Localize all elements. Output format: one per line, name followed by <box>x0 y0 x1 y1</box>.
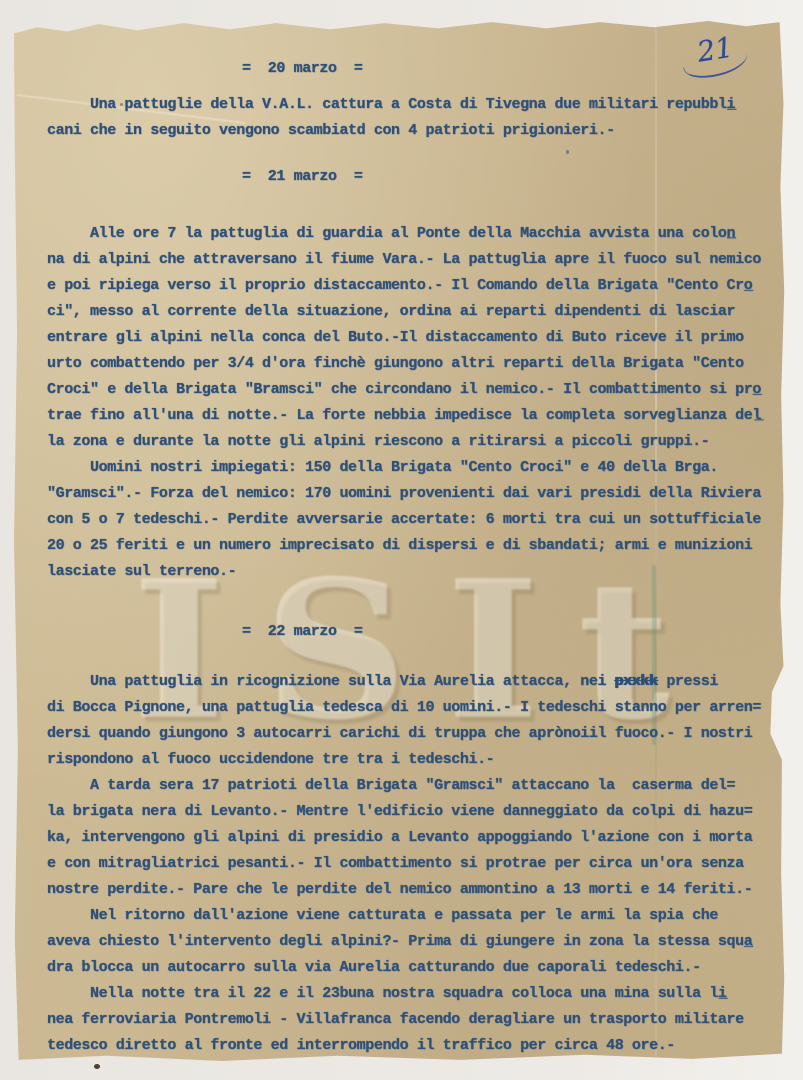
text-line: Nel ritorno dall'azione viene catturata … <box>47 903 755 929</box>
paper-speck <box>120 103 123 106</box>
paragraph-21-marzo: Alle ore 7 la pattuglia di guardia al Po… <box>47 221 755 585</box>
text-line: entrare gli alpini nella conca del Buto.… <box>47 325 755 351</box>
ink-speck <box>94 1064 100 1069</box>
scan-background: ISIt 21 = 20 marzo = Una pattuglie della… <box>0 0 803 1080</box>
text-line: A tarda sera 17 patrioti della Brigata "… <box>47 773 755 799</box>
paragraph-22-marzo: Una pattuglia in ricognizione sulla Via … <box>47 669 755 1059</box>
date-heading-20-marzo: = 20 marzo = <box>242 56 755 82</box>
text-line-with-strikeout: Una pattuglia in ricognizione sulla Via … <box>47 669 755 695</box>
text-line: con 5 o 7 tedeschi.- Perdite avversarie … <box>47 507 755 533</box>
ink-speck <box>566 150 569 154</box>
text-line: cani che in seguito vengono scambiatd co… <box>47 118 755 144</box>
text-line: aveva chiesto l'intervento degli alpini?… <box>47 929 755 955</box>
text-line: dersi quando giungono 3 autocarri carich… <box>47 721 755 747</box>
text-line: Una pattuglie della V.A.L. cattura a Cos… <box>47 92 755 118</box>
document-page: ISIt 21 = 20 marzo = Una pattuglie della… <box>14 20 785 1062</box>
text-line: di Bocca Pignone, una pattuglia tedesca … <box>47 695 755 721</box>
text-line: e poi ripiega verso il proprio distaccam… <box>47 273 755 299</box>
text-line: nostre perdite.- Pare che le perdite del… <box>47 877 755 903</box>
text-line: la zona e durante la notte gli alpini ri… <box>47 429 755 455</box>
text-line: dra blocca un autocarro sulla via Aureli… <box>47 955 755 981</box>
typewritten-text: = 20 marzo = Una pattuglie della V.A.L. … <box>14 56 785 1059</box>
text-line: lasciate sul terreno.- <box>47 559 755 585</box>
text-line: Croci" e della Brigata "Bramsci" che cir… <box>47 377 755 403</box>
text-line: urto combattendo per 3/4 d'ora finchè gi… <box>47 351 755 377</box>
text-line: Alle ore 7 la pattuglia di guardia al Po… <box>47 221 755 247</box>
date-heading-21-marzo: = 21 marzo = <box>242 164 755 190</box>
text-line: ka, intervengono gli alpini di presidio … <box>47 825 755 851</box>
text-line: tedesco diretto al fronte ed interrompen… <box>47 1033 755 1059</box>
handwritten-page-number: 21 <box>695 28 750 78</box>
text-segment: pressi <box>658 673 718 690</box>
text-segment: Una pattuglia in ricognizione sulla Via … <box>47 673 615 690</box>
text-line: la brigata nera di Levanto.- Mentre l'ed… <box>47 799 755 825</box>
paragraph-20-marzo: Una pattuglie della V.A.L. cattura a Cos… <box>47 92 755 144</box>
text-line: Nella notte tra il 22 e il 23buna nostra… <box>47 981 755 1007</box>
text-line: na di alpini che attraversano il fiume V… <box>47 247 755 273</box>
text-line: trae fino all'una di notte.- La forte ne… <box>47 403 755 429</box>
text-line: nea ferroviaria Pontremoli - Villafranca… <box>47 1007 755 1033</box>
text-line: 20 o 25 feriti e un numero imprecisato d… <box>47 533 755 559</box>
date-heading-22-marzo: = 22 marzo = <box>242 619 755 645</box>
text-line: rispondono al fuoco uccidendone tre tra … <box>47 747 755 773</box>
text-line: ci", messo al corrente della situazione,… <box>47 299 755 325</box>
text-line: "Gramsci".- Forza del nemico: 170 uomini… <box>47 481 755 507</box>
struck-out-word: pxxkk <box>615 673 658 690</box>
text-line: e con mitragliatrici pesanti.- Il combat… <box>47 851 755 877</box>
text-line: Uomini nostri impiegati: 150 della Briga… <box>47 455 755 481</box>
